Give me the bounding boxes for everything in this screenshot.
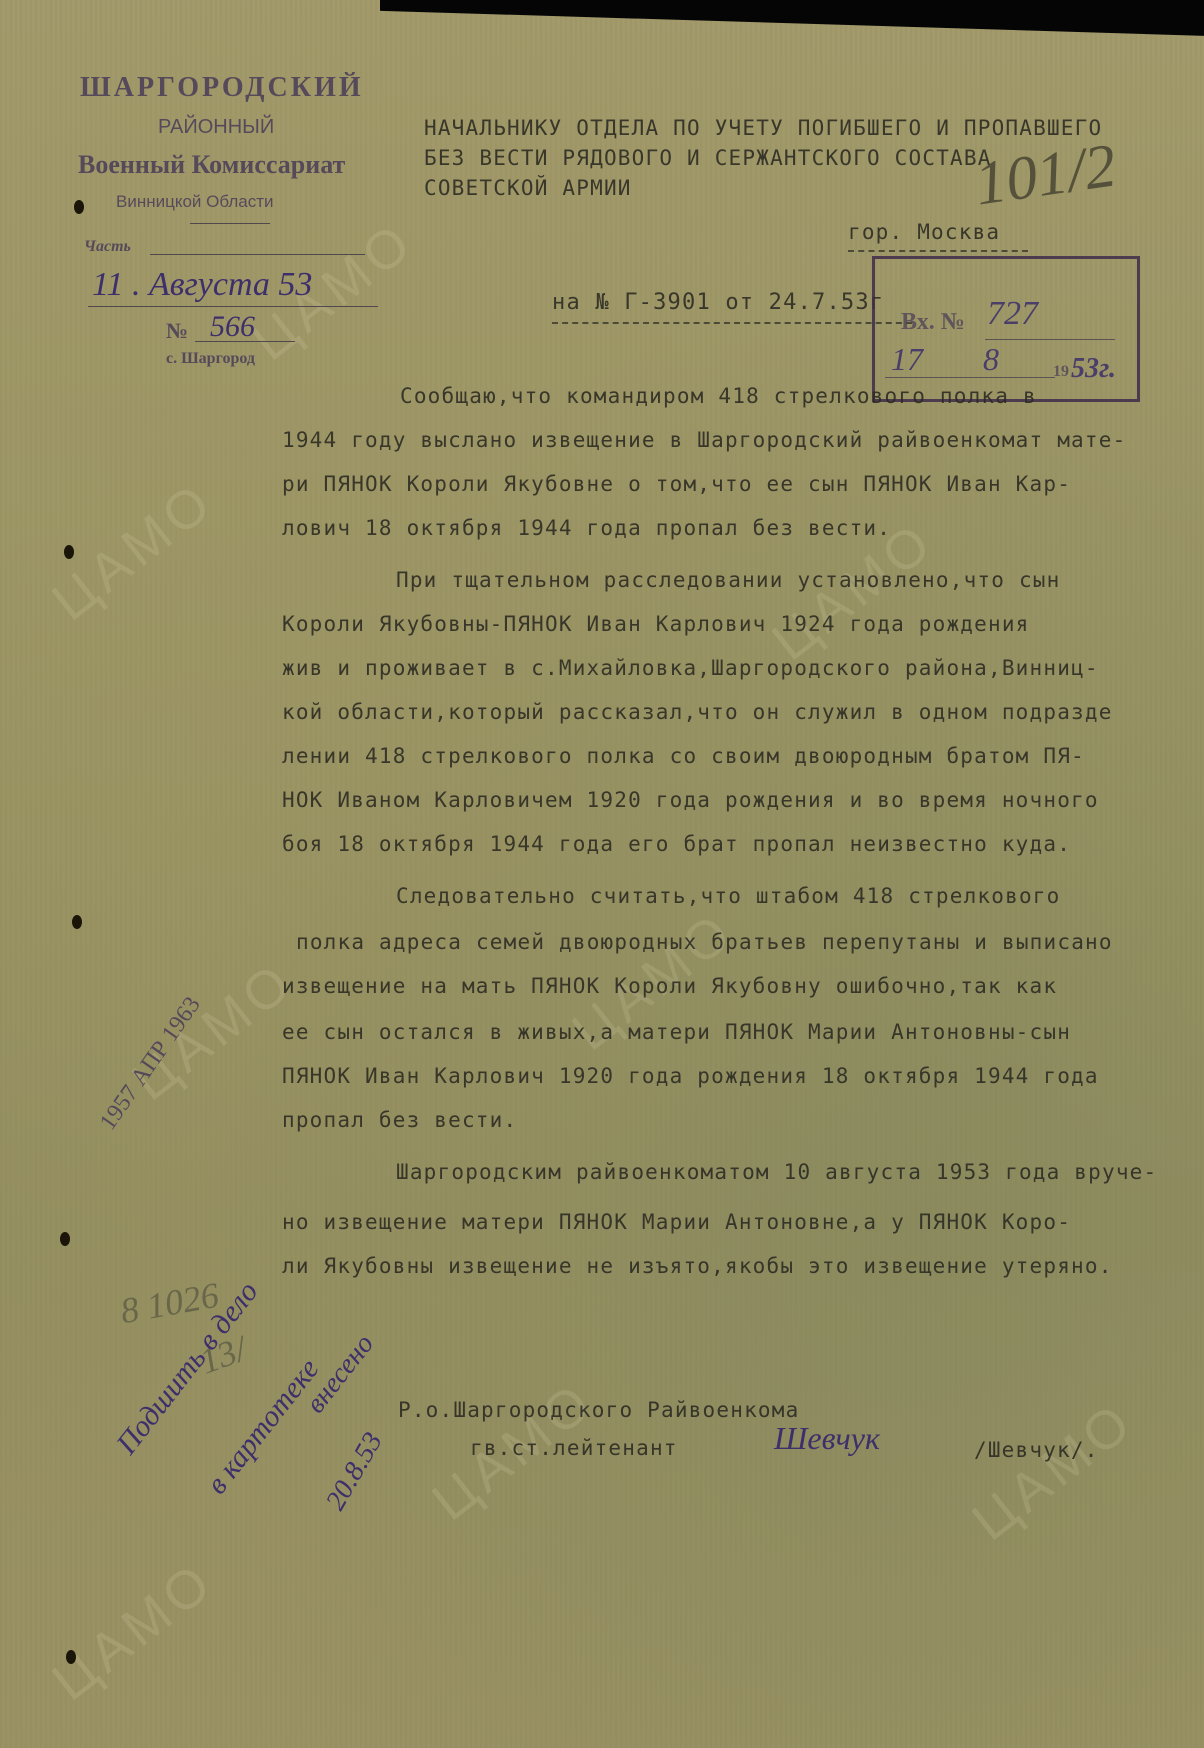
incoming-label: Вх. № — [901, 309, 965, 336]
incoming-month: 8 — [983, 341, 999, 378]
addressee-line: НАЧАЛЬНИКУ ОТДЕЛА ПО УЧЕТУ ПОГИБШЕГО И П… — [424, 116, 1102, 140]
addressee-city: гор. Москва — [848, 220, 1000, 244]
outgoing-date: 11 . Августа 53 — [92, 266, 312, 304]
body-line: кой области,который рассказал,что он слу… — [282, 700, 1113, 724]
violet-date: 20.8.53 — [320, 1427, 390, 1516]
punch-hole — [60, 1232, 70, 1246]
watermark: ЦАМО — [41, 1549, 226, 1713]
scan-edge-shadow — [380, 0, 1204, 36]
body-line: ри ПЯНОК Короли Якубовне о том,что ее сы… — [282, 472, 1071, 496]
signatory-name: /Шевчук/. — [974, 1438, 1099, 1462]
body-line: Короли Якубовны-ПЯНОК Иван Карлович 1924… — [282, 612, 1030, 636]
stamp-place: с. Шаргород — [166, 350, 255, 368]
punch-hole — [64, 545, 74, 559]
punch-hole — [74, 200, 84, 214]
stamp-part-label: Часть — [84, 238, 131, 256]
incoming-year: 53г. — [1071, 353, 1116, 385]
handwritten-signature: Шевчук — [774, 1420, 880, 1457]
city-underline — [848, 250, 1028, 252]
reference-number: на № Г-3901 от 24.7.53г — [552, 290, 884, 315]
divider — [885, 377, 1055, 378]
body-line: НОК Иваном Карловичем 1920 года рождения… — [282, 788, 1099, 812]
divider — [190, 223, 270, 224]
body-line: боя 18 октября 1944 года его брат пропал… — [282, 832, 1071, 856]
body-line: лении 418 стрелкового полка со своим дво… — [282, 744, 1085, 768]
stamp-number-label: № — [166, 318, 188, 344]
body-line: Сообщаю,что командиром 418 стрелкового п… — [400, 384, 1037, 408]
body-line: Шаргородским райвоенкоматом 10 августа 1… — [396, 1160, 1157, 1184]
stamp-military-commissariat: Военный Комиссариат — [78, 150, 345, 180]
body-line: но извещение матери ПЯНОК Марии Антоновн… — [282, 1210, 1071, 1234]
archival-document-page: ЦАМО ЦАМО ЦАМО ЦАМО ЦАМО ЦАМО ЦАМО ЦАМО … — [0, 0, 1204, 1748]
body-line: При тщательном расследовании установлено… — [396, 568, 1060, 592]
handwritten-mark: 101/2 — [971, 131, 1121, 221]
divider — [150, 254, 365, 255]
incoming-day: 17 — [891, 341, 923, 378]
body-line: пропал без вести. — [282, 1108, 517, 1132]
divider — [88, 306, 378, 307]
divider — [195, 341, 295, 342]
body-line: жив и проживает в с.Михайловка,Шаргородс… — [282, 656, 1099, 680]
punch-hole — [72, 915, 82, 929]
body-line: ПЯНОК Иван Карлович 1920 года рождения 1… — [282, 1064, 1099, 1088]
signatory-rank: гв.ст.лейтенант — [470, 1436, 678, 1460]
body-line: 1944 году выслано извещение в Шаргородск… — [282, 428, 1126, 452]
addressee-line: СОВЕТСКОЙ АРМИИ — [424, 176, 632, 200]
addressee-line: БЕЗ ВЕСТИ РЯДОВОГО И СЕРЖАНТСКОГО СОСТАВ… — [424, 146, 992, 170]
body-line: полка адреса семей двоюродных братьев пе… — [296, 930, 1113, 954]
body-line: извещение на мать ПЯНОК Короли Якубовну … — [282, 974, 1057, 998]
incoming-year-prefix: 19 — [1053, 363, 1069, 381]
body-line: лович 18 октября 1944 года пропал без ве… — [282, 516, 891, 540]
incoming-registration-stamp: Вх. № 727 17 8 19 53г. — [872, 256, 1140, 402]
stamp-district-name: ШАРГОРОДСКИЙ — [80, 72, 364, 104]
body-line: ее сын остался в живых,а матери ПЯНОК Ма… — [282, 1020, 1071, 1044]
body-line: Следовательно считать,что штабом 418 стр… — [396, 884, 1060, 908]
stamp-oblast: Винницкой Области — [116, 192, 274, 212]
reference-underline — [552, 322, 912, 324]
incoming-number: 727 — [987, 295, 1038, 333]
stamp-raion: РАЙОННЫЙ — [158, 116, 274, 139]
divider — [985, 339, 1115, 340]
punch-hole — [66, 1650, 76, 1664]
outgoing-number: 566 — [210, 310, 255, 344]
watermark: ЦАМО — [961, 1389, 1146, 1553]
body-line: ли Якубовны извещение не изъято,якобы эт… — [282, 1254, 1113, 1278]
signatory-title: Р.о.Шаргородского Райвоенкома — [398, 1398, 799, 1422]
